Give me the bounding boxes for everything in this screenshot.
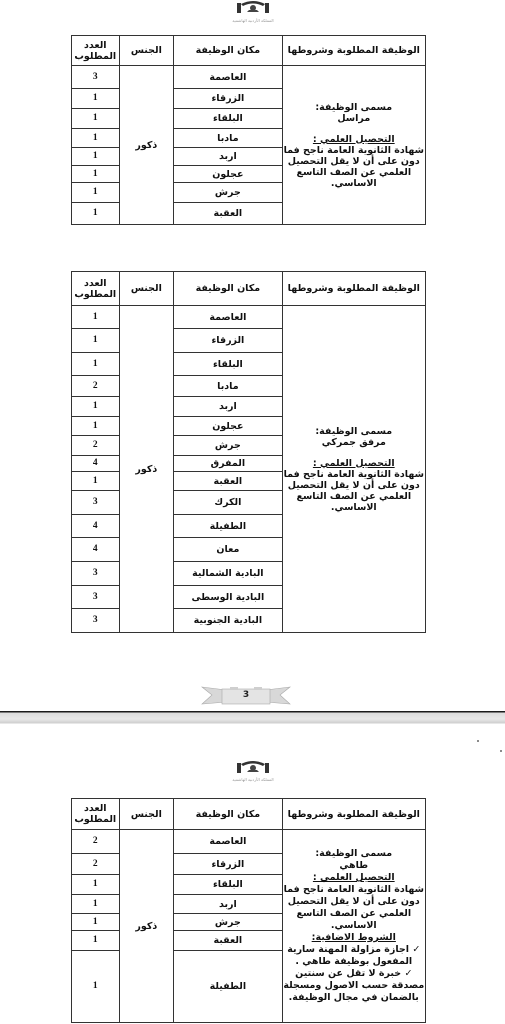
count-cell: 3 <box>72 586 120 609</box>
document-page-2: المملكة الأردنية الهاشمية الوظيفة المطلو… <box>0 724 505 1024</box>
count-cell: 1 <box>72 109 120 129</box>
logo-caption: المملكة الأردنية الهاشمية <box>212 777 294 783</box>
education-label: التحصيل العلمي : <box>283 134 425 145</box>
header-count: العدد المطلوب <box>72 799 120 830</box>
job-description-cell: مسمى الوظيفة: مرفق جمركي التحصيل العلمي … <box>282 306 425 633</box>
count-cell: 1 <box>72 306 120 329</box>
place-cell: البلقاء <box>174 875 282 895</box>
count-cell: 1 <box>72 329 120 353</box>
place-cell: اربد <box>174 895 282 914</box>
place-cell: العقبة <box>174 203 282 225</box>
education-text: شهادة الثانوية العامة ناجح فما دون على أ… <box>283 884 425 932</box>
place-cell: معان <box>174 538 282 562</box>
header-description: الوظيفة المطلوبة وشروطها <box>282 272 425 306</box>
count-cell: 1 <box>72 148 120 166</box>
place-cell: عجلون <box>174 417 282 436</box>
count-cell: 1 <box>72 472 120 491</box>
job-title: مراسل <box>283 113 425 124</box>
count-cell: 3 <box>72 562 120 586</box>
header-place: مكان الوظيفة <box>174 799 282 830</box>
page-number-ribbon: 3 <box>200 683 292 705</box>
place-cell: العقبة <box>174 472 282 491</box>
count-cell: 1 <box>72 931 120 951</box>
gender-cell: ذكور <box>119 830 174 1023</box>
header-gender: الجنس <box>119 799 174 830</box>
place-cell: الزرقاء <box>174 89 282 109</box>
place-cell: العقبة <box>174 931 282 951</box>
place-cell: الكرك <box>174 491 282 515</box>
place-cell: جرش <box>174 436 282 456</box>
place-cell: مادبا <box>174 376 282 397</box>
jobs-table-customs-attendant: الوظيفة المطلوبة وشروطها مكان الوظيفة ال… <box>71 271 426 633</box>
document-page-1: المملكة الأردنية الهاشمية الوظيفة المطلو… <box>0 0 505 712</box>
job-description-cell: مسمى الوظيفة: مراسل التحصيل العلمي : شها… <box>282 66 425 225</box>
place-cell: اربد <box>174 397 282 417</box>
place-cell: البادية الجنوبية <box>174 609 282 633</box>
place-cell: العاصمة <box>174 306 282 329</box>
scan-speck <box>500 750 502 752</box>
count-cell: 3 <box>72 609 120 633</box>
table-header-row: الوظيفة المطلوبة وشروطها مكان الوظيفة ال… <box>72 799 426 830</box>
table-header-row: الوظيفة المطلوبة وشروطها مكان الوظيفة ال… <box>72 272 426 306</box>
place-cell: البلقاء <box>174 109 282 129</box>
jobs-table-cook: الوظيفة المطلوبة وشروطها مكان الوظيفة ال… <box>71 798 426 1023</box>
job-title-label: مسمى الوظيفة: <box>283 426 425 437</box>
header-count: العدد المطلوب <box>72 272 120 306</box>
count-cell: 1 <box>72 89 120 109</box>
place-cell: البادية الوسطى <box>174 586 282 609</box>
place-cell: اربد <box>174 148 282 166</box>
count-cell: 1 <box>72 875 120 895</box>
header-gender: الجنس <box>119 272 174 306</box>
table-row: مسمى الوظيفة: مرفق جمركي التحصيل العلمي … <box>72 306 426 329</box>
count-cell: 1 <box>72 417 120 436</box>
count-cell: 1 <box>72 914 120 931</box>
place-cell: الزرقاء <box>174 329 282 353</box>
place-cell: جرش <box>174 183 282 203</box>
place-cell: الطفيلة <box>174 515 282 538</box>
header-description: الوظيفة المطلوبة وشروطها <box>282 799 425 830</box>
header-place: مكان الوظيفة <box>174 36 282 66</box>
place-cell: جرش <box>174 914 282 931</box>
education-label: التحصيل العلمي : <box>283 872 425 884</box>
place-cell: العاصمة <box>174 66 282 89</box>
count-cell: 1 <box>72 895 120 914</box>
table-row: مسمى الوظيفة: طاهي التحصيل العلمي : شهاد… <box>72 830 426 854</box>
count-cell: 3 <box>72 66 120 89</box>
place-cell: المفرق <box>174 456 282 472</box>
count-cell: 2 <box>72 830 120 854</box>
job-description-cell: مسمى الوظيفة: طاهي التحصيل العلمي : شهاد… <box>282 830 425 1023</box>
job-title-label: مسمى الوظيفة: <box>283 102 425 113</box>
extra-condition-license: ✓ اجازة مزاولة المهنة سارية المفعول بوظي… <box>283 944 425 968</box>
place-cell: الطفيلة <box>174 951 282 1023</box>
place-cell: البادية الشمالية <box>174 562 282 586</box>
page-number: 3 <box>200 690 292 700</box>
jobs-table-courier: الوظيفة المطلوبة وشروطها مكان الوظيفة ال… <box>71 35 426 225</box>
count-cell: 4 <box>72 515 120 538</box>
count-cell: 2 <box>72 376 120 397</box>
place-cell: مادبا <box>174 129 282 148</box>
count-cell: 4 <box>72 538 120 562</box>
crest-icon <box>233 760 273 774</box>
place-cell: الزرقاء <box>174 854 282 875</box>
gender-cell: ذكور <box>119 66 174 225</box>
count-cell: 1 <box>72 183 120 203</box>
count-cell: 3 <box>72 491 120 515</box>
logo-caption: المملكة الأردنية الهاشمية <box>212 18 294 24</box>
table-row: مسمى الوظيفة: مراسل التحصيل العلمي : شها… <box>72 66 426 89</box>
page-separator <box>0 711 505 724</box>
gender-cell: ذكور <box>119 306 174 633</box>
count-cell: 1 <box>72 166 120 183</box>
extra-conditions-label: الشروط الاضافية: <box>283 932 425 944</box>
education-label: التحصيل العلمي : <box>283 458 425 469</box>
table-header-row: الوظيفة المطلوبة وشروطها مكان الوظيفة ال… <box>72 36 426 66</box>
place-cell: العاصمة <box>174 830 282 854</box>
place-cell: عجلون <box>174 166 282 183</box>
count-cell: 1 <box>72 397 120 417</box>
job-title: طاهي <box>283 860 425 872</box>
count-cell: 1 <box>72 951 120 1023</box>
place-cell: البلقاء <box>174 353 282 376</box>
header-count: العدد المطلوب <box>72 36 120 66</box>
extra-condition-experience: ✓ خبرة لا تقل عن سنتين مصدقة حسب الاصول … <box>283 968 425 1004</box>
count-cell: 4 <box>72 456 120 472</box>
count-cell: 1 <box>72 129 120 148</box>
count-cell: 1 <box>72 353 120 376</box>
scan-speck <box>477 740 479 742</box>
header-gender: الجنس <box>119 36 174 66</box>
header-place: مكان الوظيفة <box>174 272 282 306</box>
education-text: شهادة الثانوية العامة ناجح فما دون على أ… <box>283 469 425 513</box>
job-title-label: مسمى الوظيفة: <box>283 848 425 860</box>
count-cell: 2 <box>72 854 120 875</box>
count-cell: 2 <box>72 436 120 456</box>
job-title: مرفق جمركي <box>283 437 425 448</box>
education-text: شهادة الثانوية العامة ناجح فما دون على أ… <box>283 145 425 189</box>
crest-icon <box>233 0 273 14</box>
count-cell: 1 <box>72 203 120 225</box>
header-description: الوظيفة المطلوبة وشروطها <box>282 36 425 66</box>
